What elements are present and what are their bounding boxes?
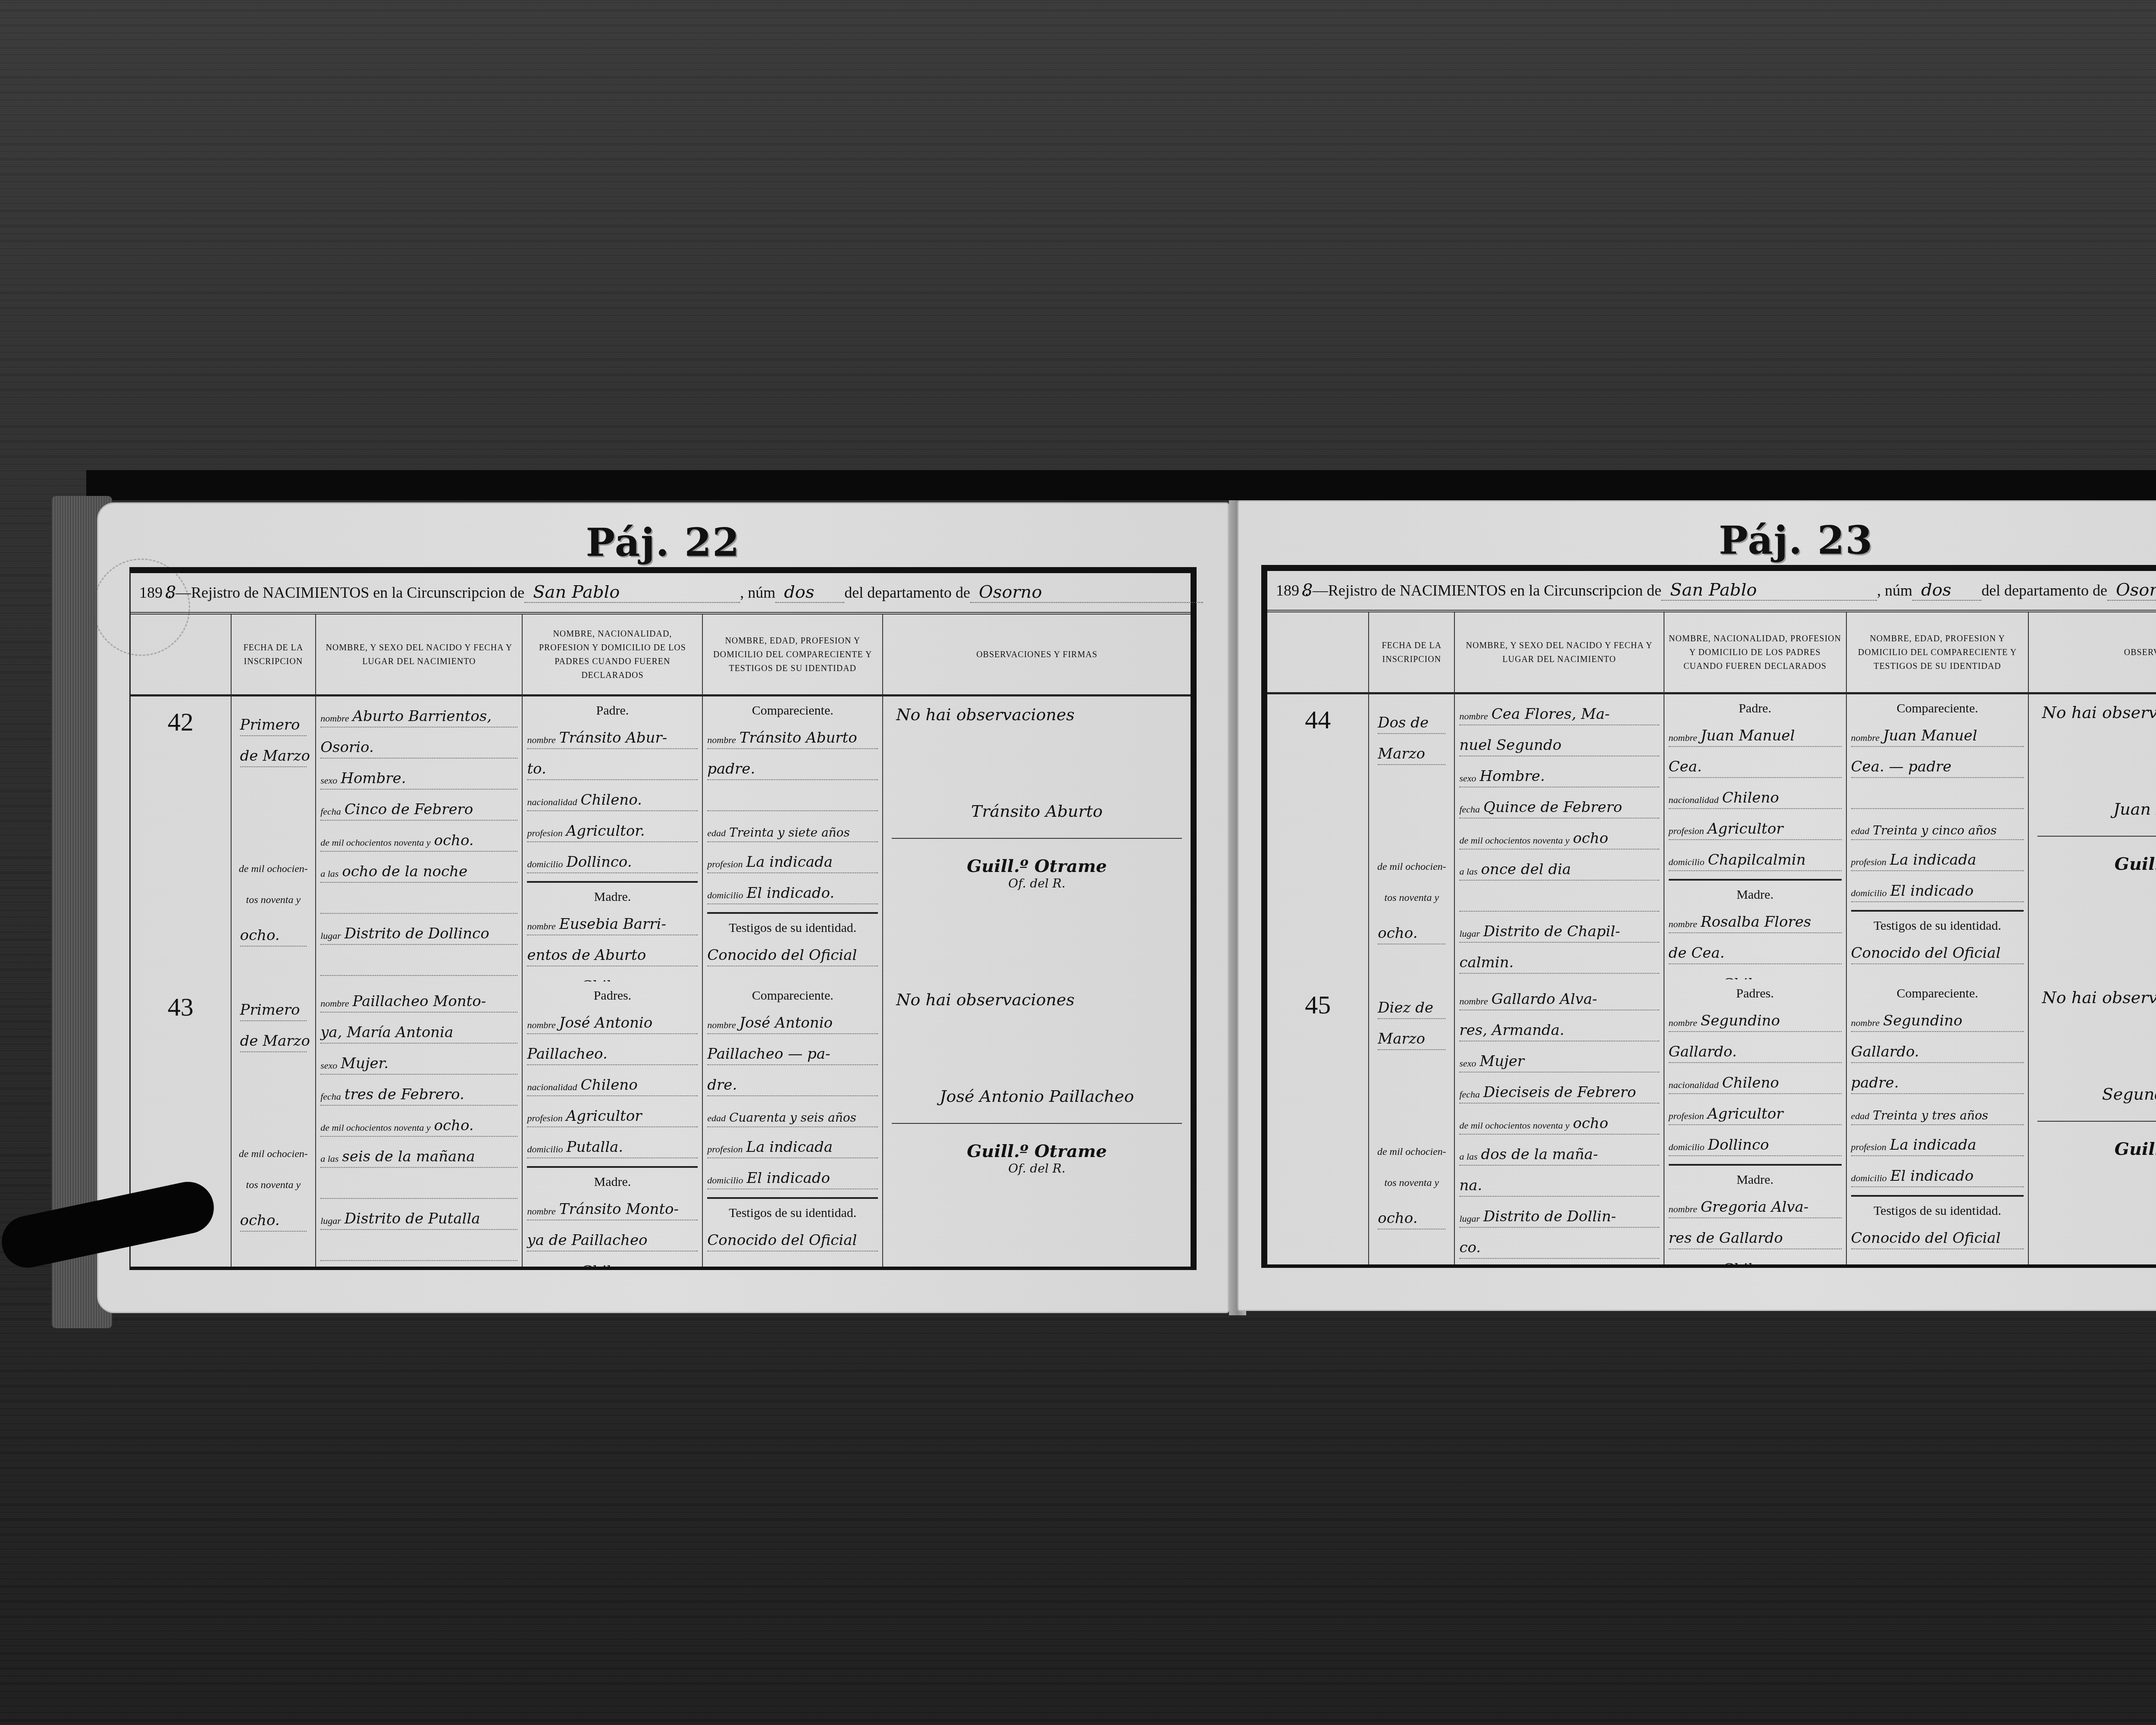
entry-fecha-inscripcion: Primero de Marzo de mil ochocien-tos nov…: [232, 982, 317, 1267]
entry-padres: Padre. nombreJuan Manuel Cea. nacionalid…: [1664, 694, 1847, 979]
compareciente-heading: Compareciente.: [1847, 694, 2028, 716]
entry-fecha-inscripcion: Primero de Marzo de mil ochocien-tos nov…: [232, 696, 317, 982]
nacido-sexo: Hombre.: [341, 770, 406, 789]
num-label: , núm: [1877, 581, 1912, 599]
fecha-year: ocho.: [240, 1212, 280, 1231]
padre-domicilio: Putalla.: [567, 1138, 624, 1157]
nacido-hora-cont: na.: [1459, 1177, 1482, 1196]
signature-compareciente: José Antonio Paillacheo: [883, 1087, 1191, 1106]
circunscripcion-field: San Pablo: [1661, 580, 1877, 601]
padre-nacionalidad: Chileno: [581, 1076, 638, 1095]
testigos-heading: Testigos de su identidad.: [703, 914, 882, 935]
padre-nacionalidad: Chileno.: [581, 791, 642, 810]
madre-nombre-1: Tránsito Monto-: [559, 1201, 679, 1220]
compareciente-heading: Compareciente.: [703, 982, 882, 1003]
col-header-nacido: Nombre, y sexo del nacido y fecha y luga…: [1455, 612, 1664, 694]
col-header-nacido: Nombre, y sexo del nacido y fecha y luga…: [316, 615, 523, 696]
padre-nombre-1: Tránsito Abur-: [559, 729, 667, 748]
nacido-nombre-1: Gallardo Alva-: [1492, 991, 1597, 1010]
comp-nombre-2: Cea. — padre: [1851, 758, 1952, 777]
comp-nombre-2: padre.: [707, 760, 755, 779]
padre-profesion: Agricultor.: [566, 822, 645, 841]
comp-domicilio: El indicado: [1890, 1167, 1974, 1186]
padre-nombre-1: Juan Manuel: [1701, 727, 1795, 746]
nacido-sexo: Mujer.: [341, 1055, 389, 1074]
nacido-nombre-1: Paillacheo Monto-: [353, 993, 486, 1012]
circunscripcion-field: San Pablo: [524, 582, 740, 603]
entry-nacido: nombreCea Flores, Ma- nuel Segundo sexoH…: [1455, 694, 1664, 979]
signature-compareciente: Segundino Gallardo: [2029, 1085, 2156, 1104]
comp-edad: Cuarenta y seis años: [729, 1110, 856, 1126]
dept-label: del departamento de: [1981, 581, 2107, 599]
madre-heading: Madre.: [1664, 1166, 1846, 1187]
col-header-padres: Nombre, nacionalidad, profesion y domici…: [523, 615, 703, 696]
signature-compareciente: Juan Manuel Cea: [2029, 800, 2156, 819]
padre-nombre-2: Paillacheo.: [527, 1045, 607, 1064]
col-header-fecha: Fecha de la inscripcion: [1369, 612, 1455, 694]
col-header-number: [1267, 612, 1369, 694]
comp-edad: Treinta y tres años: [1873, 1108, 1988, 1124]
departamento-field: Osorno: [970, 582, 1203, 603]
nacido-year: ocho.: [434, 1117, 474, 1136]
nacido-nombre-2: ya, María Antonia: [320, 1024, 453, 1043]
comp-nombre-2: Gallardo.: [1851, 1043, 1919, 1062]
madre-nacionalidad: Chilena: [581, 1263, 638, 1267]
nacido-hora: seis de la mañana: [342, 1148, 475, 1167]
col-header-compareciente: Nombre, edad, profesion y domicilio del …: [703, 615, 883, 696]
entry-observaciones: No hai observaciones Segundino Gallardo …: [2029, 979, 2156, 1264]
comp-edad: Treinta y siete años: [729, 825, 850, 841]
madre-nombre-2: entos de Aburto: [527, 947, 646, 966]
nacido-fecha: Dieciseis de Febrero: [1483, 1084, 1636, 1103]
comp-domicilio: El indicado.: [746, 884, 834, 903]
comp-profesion: La indicada: [1890, 1136, 1976, 1155]
signature-oficial: Guill.º OtrameOf. del R.: [2029, 1139, 2156, 1173]
fecha-line-1: Primero: [240, 1001, 300, 1020]
fecha-fixed-text: de mil ochocien-tos noventa y: [1373, 1136, 1450, 1198]
padre-nacionalidad: Chileno: [1722, 789, 1779, 808]
comp-domicilio: El indicado: [1890, 882, 1974, 901]
padre-nombre-2: Gallardo.: [1669, 1043, 1737, 1062]
nacido-lugar-1: Distrito de Putalla: [345, 1210, 480, 1229]
fecha-line-1: Diez de: [1378, 999, 1433, 1018]
signature-compareciente: Tránsito Aburto: [883, 802, 1191, 821]
year-prefix: 189: [139, 583, 163, 602]
madre-nombre-2: ya de Paillacheo: [527, 1232, 647, 1251]
col-header-padres: Nombre, nacionalidad, profesion y domici…: [1664, 612, 1847, 694]
comp-nombre-1: Juan Manuel: [1883, 727, 1977, 746]
fecha-line-2: de Marzo: [240, 747, 310, 766]
madre-nacionalidad: Chilena: [1722, 975, 1779, 979]
entry-number: 42: [131, 696, 232, 982]
fecha-line-2: Marzo: [1378, 745, 1425, 764]
entry-nacido: nombreAburto Barrientos, Osorio. sexoHom…: [316, 696, 523, 982]
madre-heading: Madre.: [523, 883, 702, 904]
entry-padres: Padres. nombreSegundino Gallardo. nacion…: [1664, 979, 1847, 1264]
register-frame: 1898 . —Rejistro de NACIMIENTOS en la Ci…: [1261, 565, 2156, 1268]
register-title: . —Rejistro de NACIMIENTOS en la Circuns…: [1305, 581, 1661, 599]
entry-observaciones: No hai observaciones Juan Manuel Cea Gui…: [2029, 694, 2156, 979]
nacido-year: ocho: [1573, 1115, 1608, 1134]
madre-nombre-2: res de Gallardo: [1669, 1229, 1783, 1248]
fecha-fixed-text: de mil ochocien-tos noventa y: [1373, 851, 1450, 913]
nacido-lugar-2: co.: [1459, 1239, 1481, 1258]
nacido-year: ocho.: [434, 832, 474, 851]
nacido-sexo: Hombre.: [1479, 768, 1545, 787]
observaciones-text: No hai observaciones: [883, 696, 1191, 733]
register-title: . —Rejistro de NACIMIENTOS en la Circuns…: [168, 583, 524, 602]
testigos-heading: Testigos de su identidad.: [703, 1199, 882, 1220]
padre-heading: Padre.: [523, 696, 702, 718]
fecha-line-1: Dos de: [1378, 714, 1429, 733]
compareciente-heading: Compareciente.: [703, 696, 882, 718]
comp-edad: Treinta y cinco años: [1873, 823, 1996, 839]
padre-nombre-1: Segundino: [1701, 1012, 1780, 1031]
madre-nombre-2: de Cea.: [1669, 944, 1725, 963]
entry-compareciente: Compareciente. nombreSegundino Gallardo.…: [1847, 979, 2029, 1264]
ledger-page-left: Páj. 22 1898 . —Rejistro de NACIMIENTOS …: [97, 502, 1229, 1313]
nacido-fecha: Quince de Febrero: [1483, 799, 1622, 818]
comp-profesion: La indicada: [746, 1138, 833, 1157]
year-digit: 8: [163, 583, 168, 602]
padre-heading: Padre.: [1664, 694, 1846, 716]
fecha-line-2: de Marzo: [240, 1032, 310, 1051]
padre-domicilio: Dollinco: [1708, 1136, 1769, 1155]
madre-nacionalidad: Chilena.: [581, 978, 642, 982]
nacido-fecha: tres de Febrero.: [345, 1086, 464, 1105]
register-title-row: 1898 . —Rejistro de NACIMIENTOS en la Ci…: [1267, 571, 2156, 612]
num-label: , núm: [740, 583, 775, 602]
col-header-compareciente: Nombre, edad, profesion y domicilio del …: [1847, 612, 2029, 694]
madre-heading: Madre.: [1664, 881, 1846, 902]
padre-profesion: Agricultor: [1708, 820, 1783, 839]
entry-observaciones: No hai observaciones Tránsito Aburto Gui…: [883, 696, 1191, 982]
nacido-year: ocho: [1573, 830, 1608, 849]
entry-observaciones: No hai observaciones José Antonio Pailla…: [883, 982, 1191, 1267]
testigos-value: Conocido del Oficial: [1851, 1229, 2001, 1248]
entry-number: 44: [1267, 694, 1369, 979]
numero-field: dos: [1912, 580, 1981, 601]
nacido-nombre-2: Osorio.: [320, 739, 374, 758]
padre-profesion: Agricultor: [566, 1107, 642, 1126]
observaciones-text: No hai observaciones: [883, 982, 1191, 1018]
entry-compareciente: Compareciente. nombreJuan Manuel Cea. — …: [1847, 694, 2029, 979]
nacido-lugar-1: Distrito de Dollin-: [1483, 1208, 1616, 1227]
comp-profesion: La indicada: [1890, 851, 1976, 870]
fecha-fixed-text: de mil ochocien-tos noventa y: [236, 853, 311, 916]
nacido-lugar-2: calmin.: [1459, 954, 1514, 973]
ledger-page-right: Páj. 23 1898 . —Rejistro de NACIMIENTOS …: [1238, 500, 2156, 1311]
padre-domicilio: Dollinco.: [567, 853, 632, 872]
comp-profesion: La indicada: [746, 853, 833, 872]
register-table: Fecha de la inscripcion Nombre, y sexo d…: [1267, 612, 2156, 1264]
nacido-sexo: Mujer: [1479, 1053, 1524, 1072]
entry-padres: Padres. nombreJosé Antonio Paillacheo. n…: [523, 982, 703, 1267]
entry-padres: Padre. nombreTránsito Abur- to. nacional…: [523, 696, 703, 982]
compareciente-heading: Compareciente.: [1847, 979, 2028, 1001]
comp-nombre-1: Segundino: [1883, 1012, 1962, 1031]
fecha-fixed-text: de mil ochocien-tos noventa y: [236, 1138, 311, 1201]
register-table: Fecha de la inscripcion Nombre, y sexo d…: [131, 615, 1191, 1267]
col-header-fecha: Fecha de la inscripcion: [232, 615, 317, 696]
madre-nacionalidad: Chilena: [1722, 1261, 1779, 1264]
year-digit: 8: [1299, 580, 1305, 600]
madre-nombre-1: Rosalba Flores: [1701, 913, 1811, 932]
comp-nombre-3: padre.: [1851, 1074, 1899, 1093]
entry-fecha-inscripcion: Dos de Marzo de mil ochocien-tos noventa…: [1369, 694, 1455, 979]
entry-fecha-inscripcion: Diez de Marzo de mil ochocien-tos novent…: [1369, 979, 1455, 1264]
register-frame: 1898 . —Rejistro de NACIMIENTOS en la Ci…: [129, 567, 1197, 1270]
nacido-hora: ocho de la noche: [342, 863, 467, 882]
book-shadow-top: [86, 470, 2156, 500]
fecha-line-1: Primero: [240, 716, 300, 735]
entry-nacido: nombrePaillacheo Monto- ya, María Antoni…: [316, 982, 523, 1267]
madre-heading: Madre.: [523, 1168, 702, 1189]
entry-compareciente: Compareciente. nombreJosé Antonio Pailla…: [703, 982, 883, 1267]
padre-nombre-2: to.: [527, 760, 546, 779]
nacido-nombre-1: Cea Flores, Ma-: [1492, 706, 1610, 724]
col-header-observaciones: Observaciones y firmas: [883, 615, 1191, 696]
fecha-year: ocho.: [240, 927, 280, 946]
fecha-year: ocho.: [1378, 925, 1417, 944]
comp-nombre-3: dre.: [707, 1076, 737, 1095]
padre-nombre-2: Cea.: [1669, 758, 1702, 777]
signature-oficial: Guill.º OtrameOf. del R.: [883, 1141, 1191, 1176]
testigos-heading: Testigos de su identidad.: [1847, 912, 2028, 933]
nacido-nombre-1: Aburto Barrientos,: [353, 708, 492, 727]
testigos-value: Conocido del Oficial: [707, 1232, 857, 1251]
comp-domicilio: El indicado: [746, 1170, 830, 1189]
nacido-nombre-2: res, Armanda.: [1459, 1022, 1564, 1041]
fecha-line-2: Marzo: [1378, 1030, 1425, 1049]
padre-nombre-1: José Antonio: [559, 1014, 652, 1033]
signature-oficial: Guill.º OtrameOf. del R.: [2029, 854, 2156, 888]
padre-domicilio: Chapilcalmin: [1708, 851, 1806, 870]
dept-label: del departamento de: [844, 583, 970, 602]
nacido-lugar-1: Distrito de Chapil-: [1483, 923, 1620, 942]
col-header-observaciones: Observaciones y firmas: [2029, 612, 2156, 694]
testigos-heading: Testigos de su identidad.: [1847, 1197, 2028, 1218]
comp-nombre-2: Paillacheo — pa-: [707, 1045, 830, 1064]
testigos-value: Conocido del Oficial: [707, 947, 857, 966]
nacido-hora: dos de la maña-: [1481, 1146, 1598, 1165]
observaciones-text: No hai observaciones: [2029, 979, 2156, 1016]
register-title-row: 1898 . —Rejistro de NACIMIENTOS en la Ci…: [131, 573, 1191, 615]
padre-nacionalidad: Chileno: [1722, 1074, 1779, 1093]
comp-nombre-1: Tránsito Aburto: [740, 729, 857, 748]
nacido-fecha: Cinco de Febrero: [345, 801, 473, 820]
padre-profesion: Agricultor: [1708, 1105, 1783, 1124]
nacido-hora: once del dia: [1481, 861, 1571, 880]
nacido-nombre-2: nuel Segundo: [1459, 737, 1561, 756]
signature-oficial: Guill.º OtrameOf. del R.: [883, 856, 1191, 891]
departamento-field: Osorno.: [2107, 580, 2156, 601]
comp-nombre-1: José Antonio: [740, 1014, 833, 1033]
page-number-heading: Páj. 23: [1238, 517, 2156, 563]
madre-nombre-1: Gregoria Alva-: [1701, 1198, 1808, 1217]
col-header-number: [131, 615, 232, 696]
entry-number: 45: [1267, 979, 1369, 1264]
fecha-year: ocho.: [1378, 1210, 1417, 1229]
entry-nacido: nombreGallardo Alva- res, Armanda. sexoM…: [1455, 979, 1664, 1264]
padre-heading: Padres.: [1664, 979, 1846, 1001]
observaciones-text: No hai observaciones: [2029, 694, 2156, 731]
nacido-lugar-1: Distrito de Dollinco: [345, 925, 489, 944]
madre-nombre-1: Eusebia Barri-: [559, 916, 666, 935]
page-number-heading: Páj. 22: [97, 520, 1229, 565]
entry-compareciente: Compareciente. nombreTránsito Aburto pad…: [703, 696, 883, 982]
testigos-value: Conocido del Oficial: [1851, 944, 2001, 963]
numero-field: dos: [775, 582, 844, 603]
year-prefix: 189: [1276, 581, 1299, 599]
padre-heading: Padres.: [523, 982, 702, 1003]
